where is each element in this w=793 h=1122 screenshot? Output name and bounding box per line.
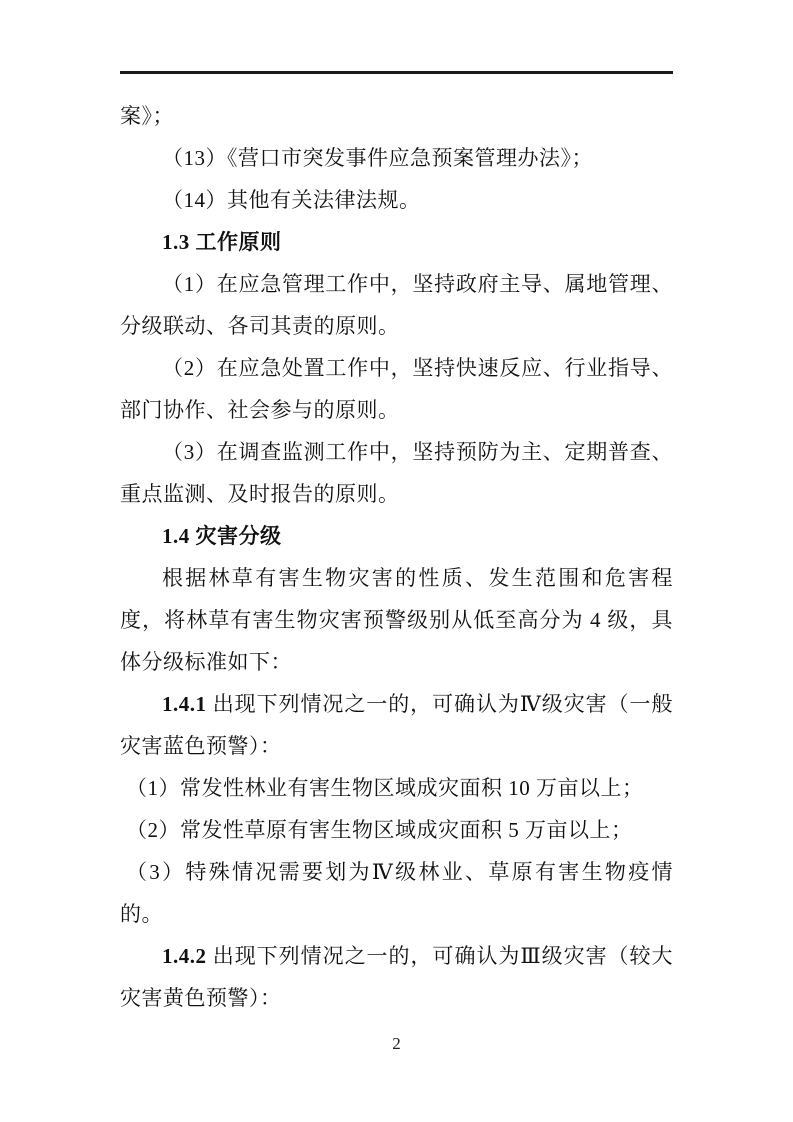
list-item-1: （1）常发性林业有害生物区域成灾面积 10 万亩以上； <box>120 767 673 809</box>
clause-1-4-2: 1.4.2 出现下列情况之一的，可确认为Ⅲ级灾害（较大灾害黄色预警）： <box>120 935 673 1019</box>
section-heading-1-4: 1.4 灾害分级 <box>120 515 673 557</box>
paragraph-principle-1: （1）在应急管理工作中，坚持政府主导、属地管理、分级联动、各司其责的原则。 <box>120 263 673 347</box>
document-page: 案》； （13）《营口市突发事件应急预案管理办法》； （14）其他有关法律法规。… <box>0 0 793 1122</box>
list-item-3: （3）特殊情况需要划为Ⅳ级林业、草原有害生物疫情的。 <box>120 851 673 935</box>
paragraph-principle-2: （2）在应急处置工作中，坚持快速反应、行业指导、部门协作、社会参与的原则。 <box>120 347 673 431</box>
content-area: 案》； （13）《营口市突发事件应急预案管理办法》； （14）其他有关法律法规。… <box>120 95 673 1019</box>
paragraph-item-14: （14）其他有关法律法规。 <box>120 179 673 221</box>
paragraph-item-13: （13）《营口市突发事件应急预案管理办法》； <box>120 137 673 179</box>
clause-number: 1.4.1 <box>162 692 207 716</box>
header-rule <box>120 71 673 74</box>
paragraph-continuation: 案》； <box>120 95 673 137</box>
page-number: 2 <box>0 1032 793 1056</box>
clause-number: 1.4.2 <box>162 944 207 968</box>
list-item-2: （2）常发性草原有害生物区域成灾面积 5 万亩以上； <box>120 809 673 851</box>
section-heading-1-3: 1.3 工作原则 <box>120 221 673 263</box>
paragraph-grading-intro: 根据林草有害生物灾害的性质、发生范围和危害程度，将林草有害生物灾害预警级别从低至… <box>120 557 673 683</box>
paragraph-principle-3: （3）在调查监测工作中，坚持预防为主、定期普查、重点监测、及时报告的原则。 <box>120 431 673 515</box>
clause-1-4-1: 1.4.1 出现下列情况之一的，可确认为Ⅳ级灾害（一般灾害蓝色预警）： <box>120 683 673 767</box>
